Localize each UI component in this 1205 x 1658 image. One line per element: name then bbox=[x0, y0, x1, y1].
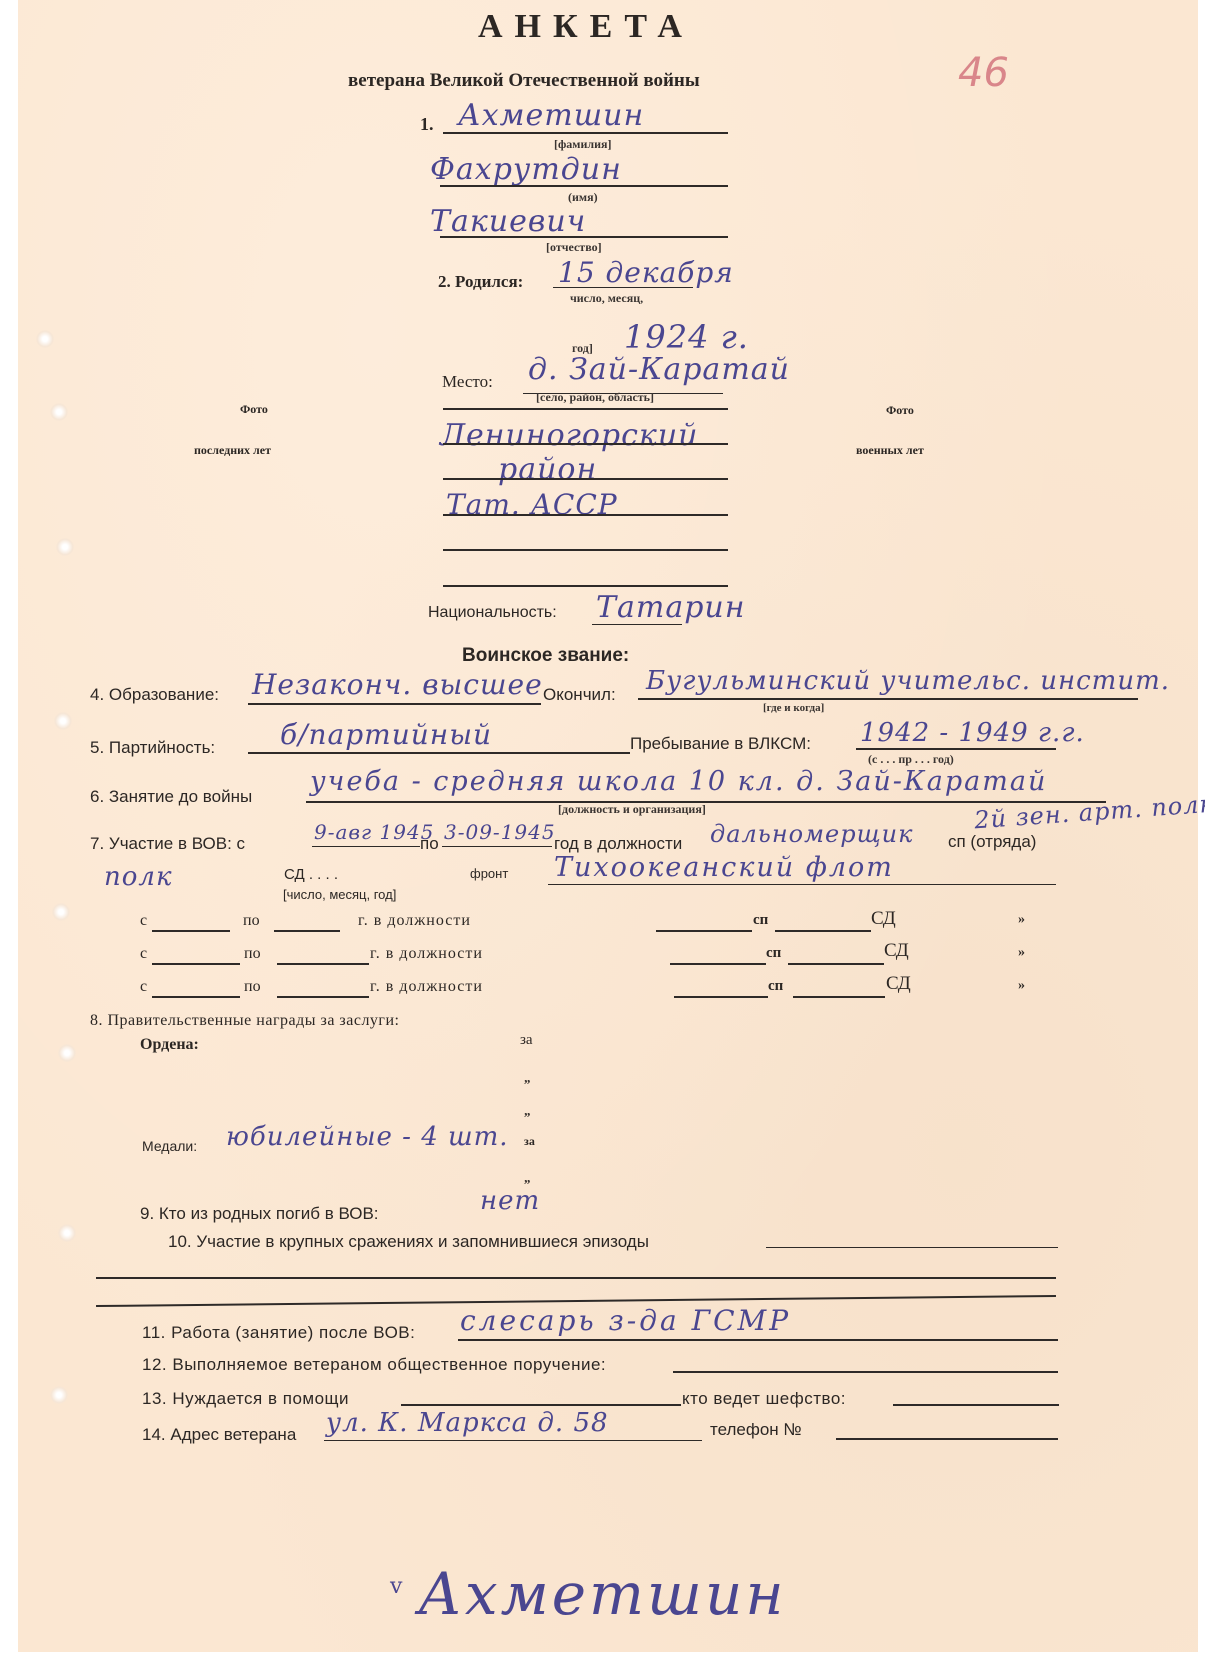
public-duty-label: 12. Выполняемое ветераном общественное п… bbox=[142, 1355, 606, 1375]
medals-ditto: „ bbox=[524, 1170, 531, 1186]
surname-value: Ахметшин bbox=[458, 98, 644, 133]
graduated-caption: [где и когда] bbox=[763, 702, 824, 714]
surname-caption: [фамилия] bbox=[554, 137, 612, 152]
signature: Ахметшин bbox=[418, 1560, 787, 1628]
patronage-label: кто ведет шефство: bbox=[682, 1389, 846, 1409]
form-title: АНКЕТА bbox=[478, 8, 694, 46]
war-to-value: 3-09-1945 bbox=[444, 820, 556, 844]
komsomol-caption: (с . . . пр . . . год) bbox=[868, 752, 954, 767]
punch-hole bbox=[54, 712, 72, 730]
punch-hole bbox=[58, 1224, 76, 1242]
phone-label: телефон № bbox=[710, 1420, 802, 1440]
party-label: 5. Партийность: bbox=[90, 738, 215, 758]
war-unit-note-cont: полк bbox=[104, 862, 172, 892]
komsomol-label: Пребывание в ВЛКСМ: bbox=[630, 734, 811, 754]
prewar-occupation-value: учеба - средняя школа 10 кл. д. Зай-Кара… bbox=[310, 766, 1047, 797]
page-number: 46 bbox=[958, 50, 1009, 96]
graduated-line bbox=[638, 698, 1138, 700]
birth-place-line2: Лениногорский bbox=[440, 418, 698, 453]
war-from-line bbox=[312, 846, 420, 847]
battles-line-1 bbox=[766, 1247, 1058, 1248]
birth-year-value: 1924 г. bbox=[624, 318, 749, 356]
q1-number: 1. bbox=[420, 114, 434, 135]
place-line-4 bbox=[443, 478, 728, 480]
birth-place-line4: Тат. АССР bbox=[446, 488, 618, 521]
needs-help-label: 13. Нуждается в помощи bbox=[142, 1389, 349, 1409]
postwar-work-value: слесарь з-да ГСМР bbox=[460, 1304, 791, 1337]
photo-right-label-2: военных лет bbox=[856, 443, 924, 458]
photo-left-label-2: последних лет bbox=[194, 443, 271, 458]
front-value: Тихоокеанский флот bbox=[554, 852, 894, 883]
nationality-value: Татарин bbox=[596, 590, 746, 625]
war-participation-label: 7. Участие в ВОВ: с bbox=[90, 834, 245, 854]
prewar-occupation-label: 6. Занятие до войны bbox=[90, 787, 252, 807]
birth-date-line bbox=[553, 287, 693, 288]
punch-hole bbox=[50, 403, 68, 421]
place-line-7 bbox=[443, 585, 728, 587]
graduated-value: Бугульминский учительс. инстит. bbox=[646, 666, 1170, 696]
place-line-6 bbox=[443, 549, 728, 551]
war-position-label: год в должности bbox=[554, 834, 682, 854]
punch-hole bbox=[50, 1386, 68, 1404]
komsomol-line bbox=[856, 748, 1056, 750]
patronymic-caption: [отчество] bbox=[546, 240, 602, 255]
punch-hole bbox=[36, 330, 54, 348]
prewar-occupation-caption: [должность и организация] bbox=[558, 802, 706, 817]
place-caption: [село, район, область] bbox=[536, 390, 654, 405]
birth-place-line1: д. Зай-Каратай bbox=[528, 352, 790, 387]
awards-label: 8. Правительственные награды за заслуги: bbox=[90, 1012, 400, 1030]
postwar-work-line bbox=[458, 1339, 1058, 1341]
medals-value: юбилейные - 4 шт. bbox=[226, 1122, 509, 1152]
orders-ditto-2: „ bbox=[524, 1103, 531, 1119]
patronymic-value: Такиевич bbox=[430, 204, 586, 239]
party-value: б/партийный bbox=[280, 718, 492, 751]
rank-label: Воинское звание: bbox=[462, 645, 629, 667]
phone-line bbox=[836, 1438, 1058, 1440]
orders-za: за bbox=[520, 1032, 533, 1049]
front-label: фронт bbox=[470, 866, 508, 881]
komsomol-value: 1942 - 1949 г.г. bbox=[860, 718, 1085, 748]
public-duty-line bbox=[673, 1371, 1058, 1373]
patronymic-line bbox=[440, 236, 728, 238]
place-label: Место: bbox=[442, 372, 493, 392]
orders-ditto-1: „ bbox=[524, 1070, 531, 1086]
medals-za: за bbox=[524, 1134, 535, 1149]
war-to-line bbox=[442, 846, 552, 847]
birth-date-value: 15 декабря bbox=[558, 256, 734, 289]
name-line bbox=[440, 185, 728, 187]
name-caption: (имя) bbox=[568, 190, 598, 205]
postwar-work-label: 11. Работа (занятие) после ВОВ: bbox=[142, 1323, 415, 1343]
punch-hole bbox=[56, 538, 74, 556]
punch-hole bbox=[58, 1044, 76, 1062]
battles-label: 10. Участие в крупных сражениях и запомн… bbox=[168, 1232, 649, 1252]
questionnaire-sheet: 46 АНКЕТА ветерана Великой Отечественной… bbox=[18, 0, 1198, 1652]
medals-label: Медали: bbox=[142, 1138, 197, 1154]
name-value: Фахрутдин bbox=[430, 152, 622, 187]
place-line-2 bbox=[443, 408, 728, 410]
patronage-line bbox=[893, 1404, 1059, 1406]
war-date-caption: [число, месяц, год] bbox=[283, 887, 396, 902]
graduated-label: Окончил: bbox=[543, 685, 616, 705]
place-line-5 bbox=[443, 514, 728, 516]
place-line-3 bbox=[443, 443, 728, 445]
address-value: ул. К. Маркса д. 58 bbox=[326, 1408, 609, 1438]
born-label: 2. Родился: bbox=[438, 272, 523, 292]
orders-label: Ордена: bbox=[140, 1036, 199, 1054]
address-line bbox=[324, 1440, 702, 1441]
prewar-occupation-line bbox=[306, 801, 1106, 803]
birth-date-caption: число, месяц, bbox=[570, 291, 643, 306]
needs-help-line bbox=[401, 1404, 681, 1406]
address-label: 14. Адрес ветерана bbox=[142, 1425, 296, 1445]
education-line bbox=[248, 703, 541, 705]
front-line bbox=[548, 884, 1056, 885]
punch-hole bbox=[52, 903, 70, 921]
war-unit-label: сп (отряда) bbox=[948, 832, 1036, 852]
photo-right-label-1: Фото bbox=[886, 403, 914, 418]
birth-place-line3: район bbox=[498, 452, 597, 487]
war-position-value: дальномерщик bbox=[710, 820, 913, 848]
battles-line-2 bbox=[96, 1277, 1056, 1279]
education-label: 4. Образование: bbox=[90, 685, 219, 705]
education-value: Незаконч. высшее bbox=[252, 668, 543, 701]
check-mark: v bbox=[390, 1574, 403, 1599]
war-to-label: по bbox=[420, 834, 439, 854]
sd-label: СД . . . . bbox=[284, 866, 338, 883]
relatives-killed-label: 9. Кто из родных погиб в ВОВ: bbox=[140, 1204, 379, 1224]
party-line bbox=[248, 752, 630, 754]
relatives-killed-value: нет bbox=[480, 1186, 540, 1216]
nationality-line bbox=[592, 624, 682, 625]
photo-left-label-1: Фото bbox=[240, 402, 268, 417]
nationality-label: Национальность: bbox=[428, 604, 557, 622]
surname-line bbox=[443, 132, 728, 134]
war-from-value: 9-авг 1945 bbox=[314, 820, 434, 844]
form-subtitle: ветерана Великой Отечественной войны bbox=[348, 70, 700, 92]
